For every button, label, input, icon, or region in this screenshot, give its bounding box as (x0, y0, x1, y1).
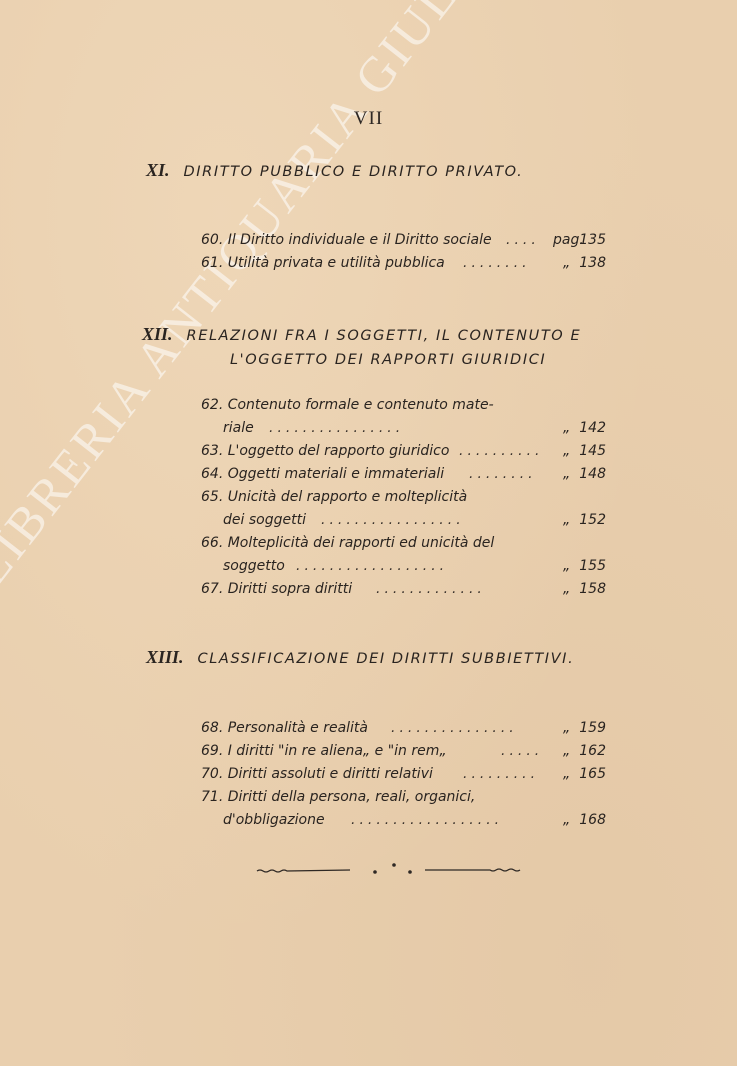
toc-entry-64[interactable]: 64. Oggetti materiali e immateriali ....… (201, 463, 606, 486)
toc-section-xi: 60. Il Diritto individuale e il Diritto … (201, 229, 606, 275)
section-heading-xiii: XIII.CLASSIFICAZIONE DEI DIRITTI SUBBIET… (146, 647, 574, 668)
page-ref: 145 (576, 440, 606, 463)
entry-title: d'obbligazione (223, 809, 325, 832)
page-number: VII (0, 108, 737, 130)
leader-dots: ................. (321, 509, 561, 532)
section-title-line2: L'OGGETTO DEI RAPPORTI GIURIDICI (142, 348, 581, 372)
toc-entry-71[interactable]: 71. Diritti della persona, reali, organi… (201, 786, 606, 809)
entry-title: 70. Diritti assoluti e diritti relativi (201, 763, 433, 786)
entry-title: 71. Diritti della persona, reali, organi… (201, 786, 475, 809)
page-ref: 148 (576, 463, 606, 486)
ditto-mark: „ (563, 252, 570, 275)
leader-dots: .... (506, 229, 546, 252)
ditto-mark: „ (563, 763, 570, 786)
page-ref: 142 (576, 417, 606, 440)
leader-dots: ........ (469, 463, 559, 486)
toc-entry-68[interactable]: 68. Personalità e realità ..............… (201, 717, 606, 740)
page-ref: 135 (576, 229, 606, 252)
leader-dots: .................. (296, 555, 561, 578)
page-ref: 138 (576, 252, 606, 275)
entry-title: 69. I diritti "in re aliena„ e "in rem„ (201, 740, 447, 763)
entry-title: 60. Il Diritto individuale e il Diritto … (201, 229, 492, 252)
ditto-mark: „ (563, 717, 570, 740)
entry-title: 65. Unicità del rapporto e molteplicità (201, 486, 467, 509)
toc-entry-69[interactable]: 69. I diritti "in re aliena„ e "in rem„ … (201, 740, 606, 763)
page-ref: 158 (576, 578, 606, 601)
ditto-mark: „ (563, 509, 570, 532)
section-number: XII. (142, 324, 173, 344)
leader-dots: .......... (459, 440, 559, 463)
toc-entry-63[interactable]: 63. L'oggetto del rapporto giuridico ...… (201, 440, 606, 463)
toc-entry-71-cont[interactable]: d'obbligazione .................. „ 168 (201, 809, 606, 832)
ditto-mark: „ (563, 740, 570, 763)
ditto-mark: „ (563, 417, 570, 440)
section-title: DIRITTO PUBBLICO E DIRITTO PRIVATO. (184, 164, 524, 180)
leader-dots: ................ (269, 417, 559, 440)
leader-dots: .................. (351, 809, 561, 832)
toc-entry-67[interactable]: 67. Diritti sopra diritti ............. … (201, 578, 606, 601)
section-number: XI. (146, 160, 170, 180)
page-ref: 165 (576, 763, 606, 786)
toc-entry-65[interactable]: 65. Unicità del rapporto e molteplicità (201, 486, 606, 509)
leader-dots: ..... (501, 740, 561, 763)
toc-entry-62-cont[interactable]: riale ................ „ 142 (201, 417, 606, 440)
toc-entry-66[interactable]: 66. Molteplicità dei rapporti ed unicità… (201, 532, 606, 555)
section-heading-xii: XII.RELAZIONI FRA I SOGGETTI, IL CONTENU… (142, 322, 581, 372)
ditto-mark: „ (563, 578, 570, 601)
toc-entry-70[interactable]: 70. Diritti assoluti e diritti relativi … (201, 763, 606, 786)
ditto-mark: „ (563, 440, 570, 463)
end-ornament-icon (255, 858, 525, 878)
section-title: RELAZIONI FRA I SOGGETTI, IL CONTENUTO E (187, 328, 582, 344)
toc-entry-66-cont[interactable]: soggetto .................. „ 155 (201, 555, 606, 578)
toc-entry-61[interactable]: 61. Utilità privata e utilità pubblica .… (201, 252, 606, 275)
page-ref: 155 (576, 555, 606, 578)
section-title: CLASSIFICAZIONE DEI DIRITTI SUBBIETTIVI. (198, 651, 575, 667)
toc-section-xiii: 68. Personalità e realità ..............… (201, 717, 606, 832)
section-number: XIII. (146, 647, 184, 667)
page-ref: 152 (576, 509, 606, 532)
page-ref: 168 (576, 809, 606, 832)
entry-title: 66. Molteplicità dei rapporti ed unicità… (201, 532, 494, 555)
leader-dots: ............. (376, 578, 561, 601)
entry-title: 68. Personalità e realità (201, 717, 368, 740)
toc-entry-65-cont[interactable]: dei soggetti ................. „ 152 (201, 509, 606, 532)
book-page: LIBRERIA ANTIQUARIA GIULIO CESARE - ROMA… (0, 0, 737, 1066)
entry-title: 61. Utilità privata e utilità pubblica (201, 252, 445, 275)
page-ref: 159 (576, 717, 606, 740)
page-ref: 162 (576, 740, 606, 763)
section-heading-xi: XI.DIRITTO PUBBLICO E DIRITTO PRIVATO. (146, 160, 523, 181)
ditto-mark: „ (563, 555, 570, 578)
toc-section-xii: 62. Contenuto formale e contenuto mate- … (201, 394, 606, 601)
toc-entry-62[interactable]: 62. Contenuto formale e contenuto mate- (201, 394, 606, 417)
entry-title: dei soggetti (223, 509, 306, 532)
entry-title: 63. L'oggetto del rapporto giuridico (201, 440, 449, 463)
entry-title: riale (223, 417, 254, 440)
toc-entry-60[interactable]: 60. Il Diritto individuale e il Diritto … (201, 229, 606, 252)
ditto-mark: „ (563, 463, 570, 486)
entry-title: soggetto (223, 555, 285, 578)
entry-title: 62. Contenuto formale e contenuto mate- (201, 394, 494, 417)
leader-dots: ........ (463, 252, 563, 275)
ditto-mark: „ (563, 809, 570, 832)
entry-title: 67. Diritti sopra diritti (201, 578, 352, 601)
entry-title: 64. Oggetti materiali e immateriali (201, 463, 444, 486)
leader-dots: ............... (391, 717, 561, 740)
leader-dots: ......... (463, 763, 561, 786)
